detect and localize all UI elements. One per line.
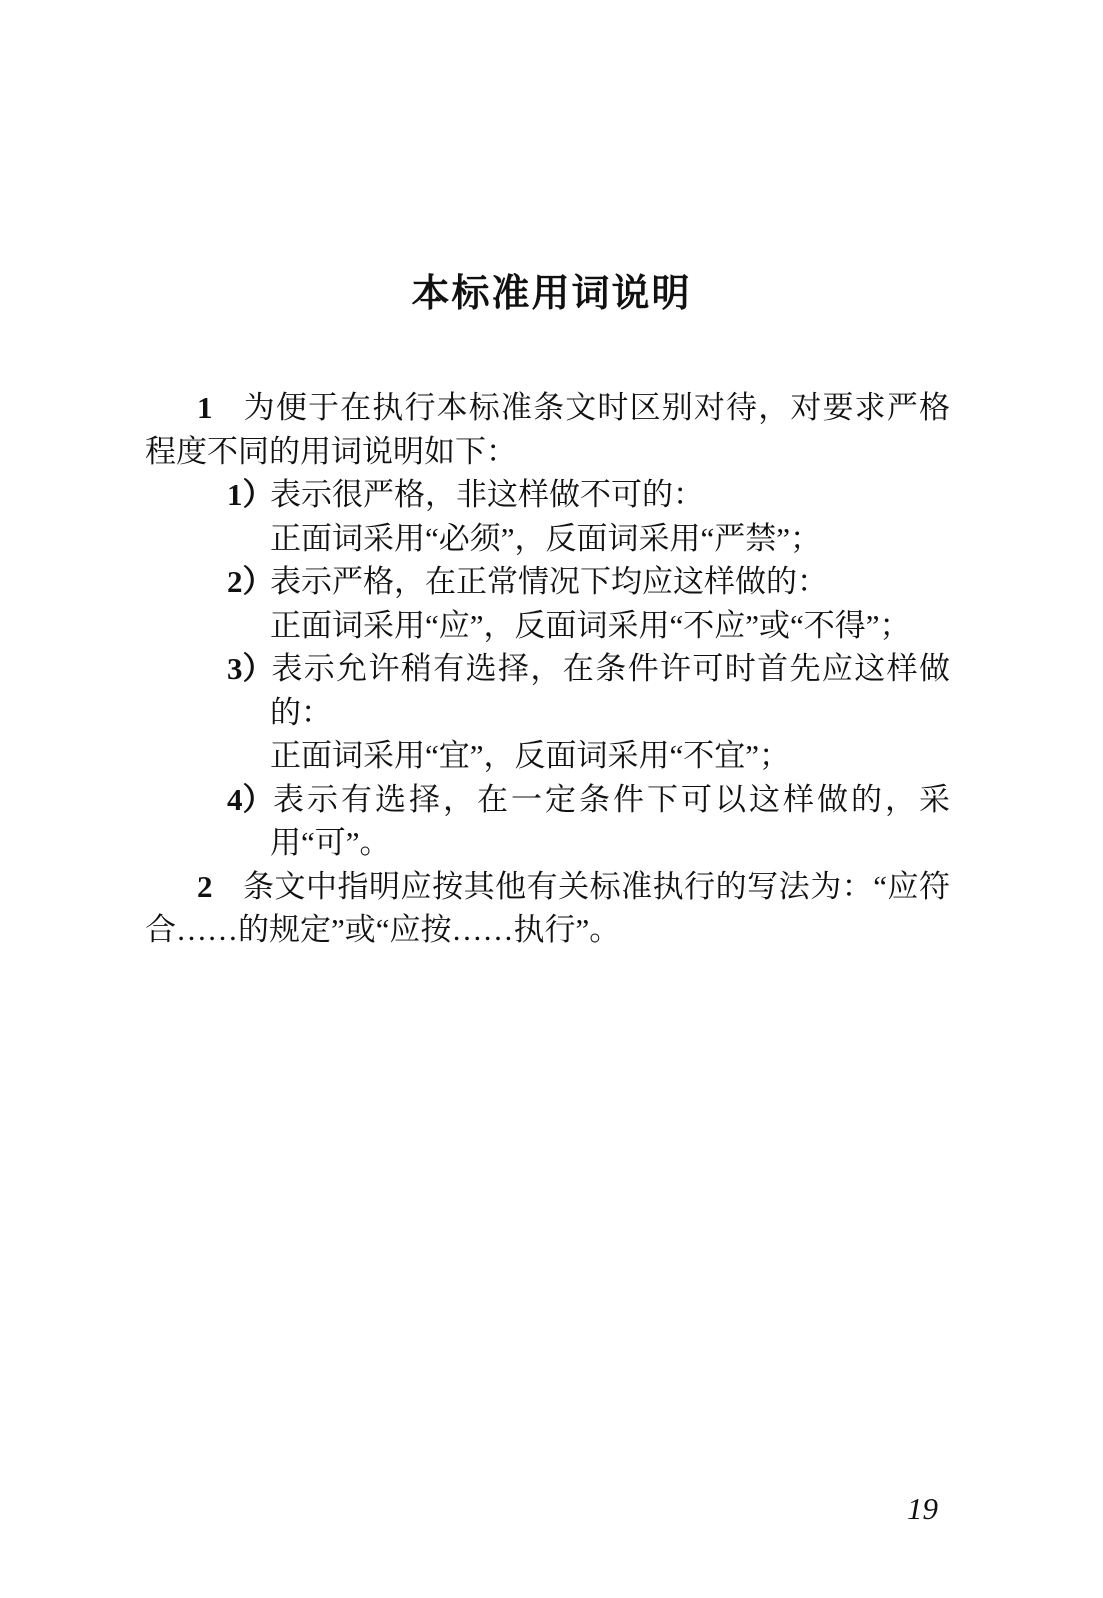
list-item-2-clause-line: 2）表示严格，在正常情况下均应这样做的： <box>270 560 950 604</box>
page-title: 本标准用词说明 <box>0 272 1103 318</box>
list-item-2: 2）表示严格，在正常情况下均应这样做的： 正面词采用“应”，反面词采用“不应”或… <box>270 560 950 647</box>
list-item-1-number: 1） <box>227 473 270 517</box>
list-item-2-usage: 正面词采用“应”，反面词采用“不应”或“不得”； <box>270 604 950 648</box>
paragraph-2: 2条文中指明应按其他有关标准执行的写法为：“应符合……的规定”或“应按……执行”… <box>145 865 950 952</box>
list-item-4-clause-line: 4）表示有选择，在一定条件下可以这样做的，采用“可”。 <box>270 778 950 865</box>
paragraph-1-number: 1 <box>197 390 213 425</box>
paragraph-2-number: 2 <box>197 869 213 904</box>
list-item-3-usage: 正面词采用“宜”，反面词采用“不宜”； <box>270 734 950 778</box>
list-item-3-clause: 表示允许稍有选择，在条件许可时首先应这样做的： <box>270 651 950 730</box>
list-item-1-usage: 正面词采用“必须”，反面词采用“严禁”； <box>270 517 950 561</box>
list-item-3: 3）表示允许稍有选择，在条件许可时首先应这样做的： 正面词采用“宜”，反面词采用… <box>270 647 950 778</box>
page-number: 19 <box>907 1490 938 1527</box>
list-item-1-clause-line: 1）表示很严格，非这样做不可的： <box>270 473 950 517</box>
list-item-1-clause: 表示很严格，非这样做不可的： <box>270 477 704 512</box>
body-text: 1为便于在执行本标准条文时区别对待，对要求严格程度不同的用词说明如下： 1）表示… <box>145 386 950 952</box>
list-item-2-number: 2） <box>227 560 270 604</box>
list-item-3-clause-line: 3）表示允许稍有选择，在条件许可时首先应这样做的： <box>270 647 950 734</box>
list-item-3-number: 3） <box>227 647 270 691</box>
list-item-4: 4）表示有选择，在一定条件下可以这样做的，采用“可”。 <box>270 778 950 865</box>
paragraph-2-text: 条文中指明应按其他有关标准执行的写法为：“应符合……的规定”或“应按……执行”。 <box>145 869 950 948</box>
list-item-2-clause: 表示严格，在正常情况下均应这样做的： <box>270 564 828 599</box>
list-item-4-number: 4） <box>227 778 270 822</box>
document-page: 本标准用词说明 1为便于在执行本标准条文时区别对待，对要求严格程度不同的用词说明… <box>0 0 1103 1598</box>
paragraph-1-text: 为便于在执行本标准条文时区别对待，对要求严格程度不同的用词说明如下： <box>145 390 950 469</box>
list-item-1: 1）表示很严格，非这样做不可的： 正面词采用“必须”，反面词采用“严禁”； <box>270 473 950 560</box>
paragraph-1: 1为便于在执行本标准条文时区别对待，对要求严格程度不同的用词说明如下： <box>145 386 950 473</box>
list-item-4-clause: 表示有选择，在一定条件下可以这样做的，采用“可”。 <box>270 782 950 861</box>
